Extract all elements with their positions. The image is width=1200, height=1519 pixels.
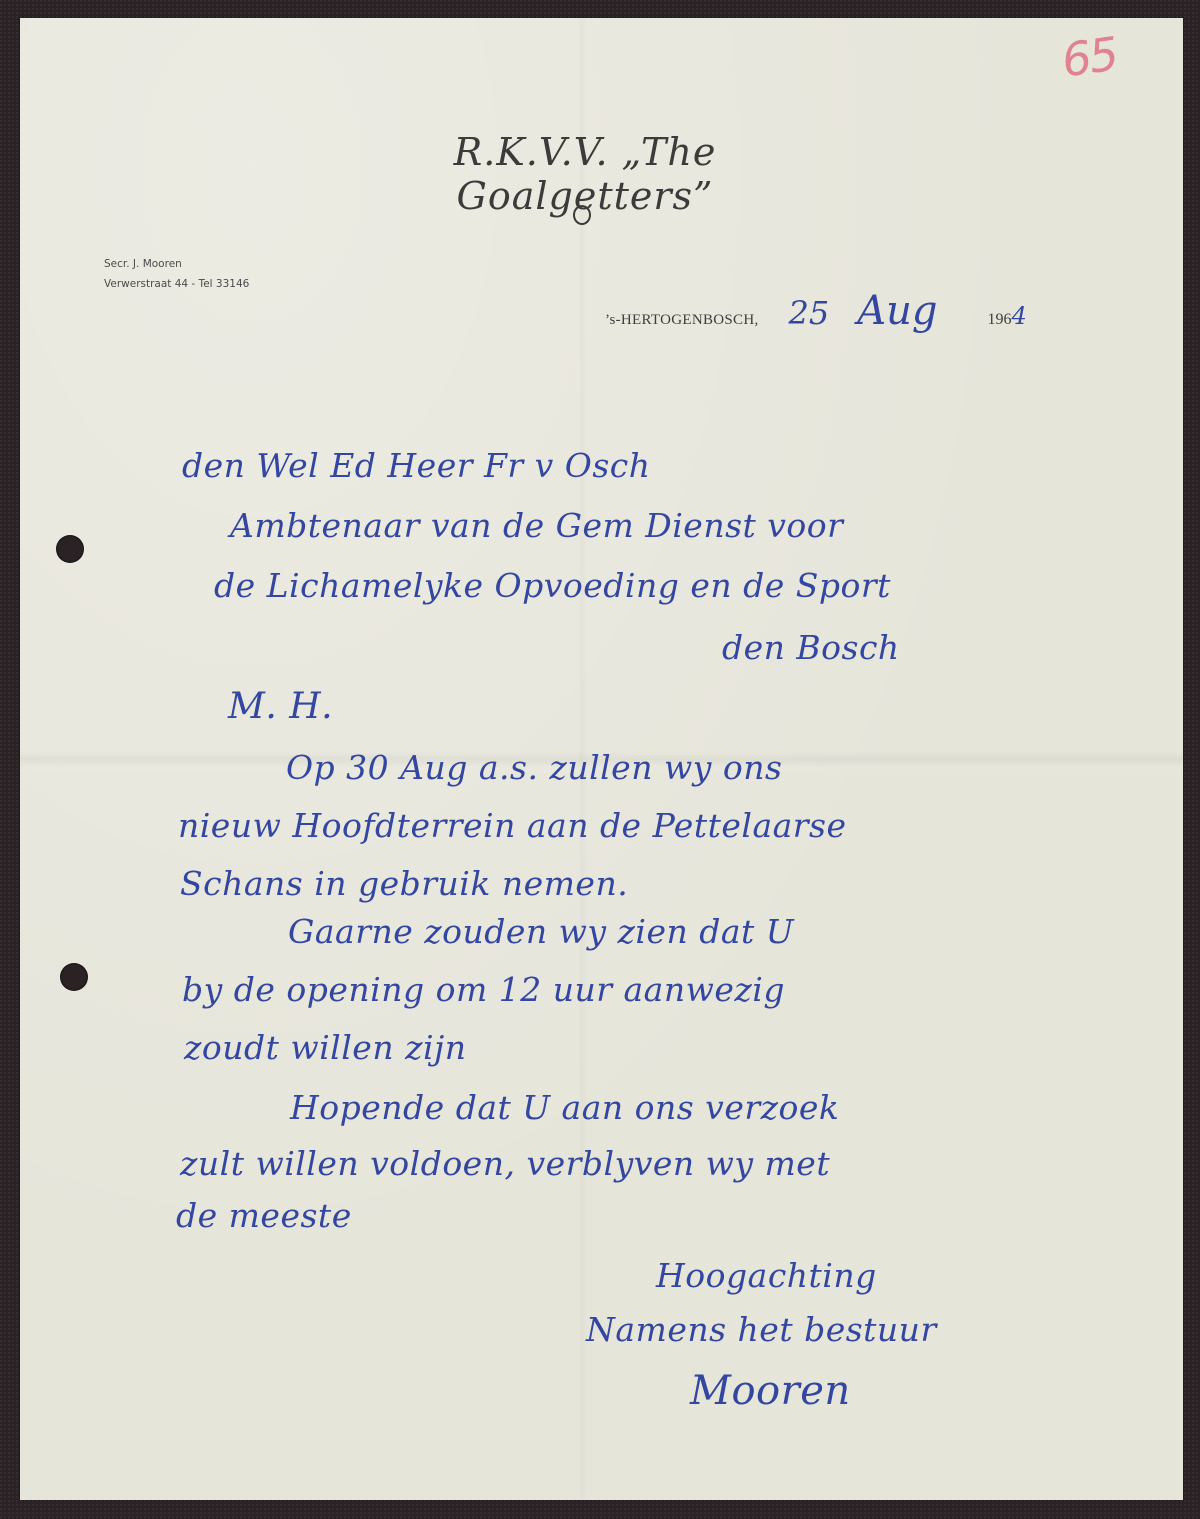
body-line: nieuw Hoofdterrein aan de Pettelaarse (178, 806, 847, 845)
body-line: Gaarne zouden wy zien dat U (288, 912, 794, 951)
date-year-printed: 196 (988, 311, 1012, 329)
place-date-line: ’s-HERTOGENBOSCH, 25 Aug 196 4 (605, 288, 1027, 334)
body-line: Hopende dat U aan ons verzoek (290, 1088, 839, 1127)
body-line: zult willen voldoen, verblyven wy met (180, 1144, 830, 1183)
addressee-line: de Lichamelyke Opvoeding en de Sport (214, 566, 891, 605)
date-day: 25 (789, 294, 830, 332)
addressee-line: den Wel Ed Heer Fr v Osch (182, 446, 651, 485)
closing-line: Namens het bestuur (586, 1310, 937, 1349)
punch-hole-top (56, 535, 84, 563)
body-line: de meeste (176, 1196, 352, 1235)
sender-block: Secr. J. Mooren Verwerstraat 44 - Tel 33… (104, 254, 249, 294)
date-month: Aug (857, 288, 937, 334)
sender-secretary: Secr. J. Mooren (104, 254, 249, 274)
signature: Mooren (690, 1368, 851, 1414)
body-line: Schans in gebruik nemen. (180, 864, 628, 903)
body-line: zoudt willen zijn (184, 1028, 467, 1067)
sender-address: Verwerstraat 44 - Tel 33146 (104, 274, 249, 294)
addressee-line: Ambtenaar van de Gem Dienst voor (230, 506, 843, 545)
archive-number: 65 (1059, 26, 1121, 87)
body-line: Op 30 Aug a.s. zullen wy ons (286, 748, 782, 787)
closing-line: Hoogachting (656, 1256, 877, 1295)
punch-hole-bottom (60, 963, 88, 991)
salutation: M. H. (228, 686, 333, 727)
addressee-line: den Bosch (722, 628, 900, 667)
body-line: by de opening om 12 uur aanwezig (182, 970, 785, 1009)
place-name: ’s-HERTOGENBOSCH, (605, 312, 759, 329)
date-year-handwritten: 4 (1012, 302, 1027, 330)
circle-ornament-icon (573, 205, 591, 225)
